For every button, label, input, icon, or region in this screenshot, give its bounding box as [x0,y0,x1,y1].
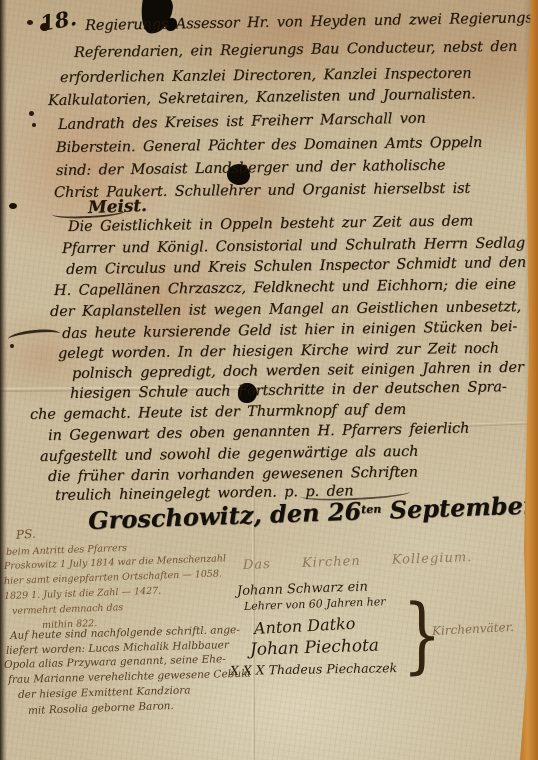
manuscript-line: erforderlichen Kanzlei Directoren, Kanzl… [60,66,472,86]
addendum-line: mit Rosolia geborne Baron. [28,700,174,717]
signature-name: Johan Piechota [250,636,380,660]
ink-dot [32,123,36,127]
manuscript-line: das heute kursierende Geld ist hier in e… [62,319,517,342]
page-left-edge-shadow [0,0,7,760]
pen-flourish [7,327,60,345]
manuscript-line: Landrath des Kreises ist Freiherr Marsch… [58,111,426,133]
dateline-ordinal: ten [361,502,382,516]
ink-dot [29,111,34,116]
ps-line: hier samt eingepfarrten Ortschaften — 10… [4,568,222,587]
manuscript-paper: 18. Regierungs Assessor Hr. von Heyden u… [0,0,538,760]
signature-block-heading: Das Kirchen Kollegium. [243,550,473,573]
ps-line: 1829 1. July ist die Zahl — 1427. [4,586,162,602]
manuscript-line: aufgestellt und sowohl die gegenwärtige … [40,444,419,465]
manuscript-line: Kalkulatorien, Sekretairen, Kanzelisten … [48,86,476,109]
manuscript-line: gelegt worden. In der hiesigen Kirche wi… [58,341,499,362]
manuscript-line: in Gegenwart des oben genannten H. Pfarr… [48,421,470,444]
signature-name: X X X Thadeus Piechaczek [230,660,397,678]
entry-number: 18. [38,5,78,36]
addendum-line: der hiesige Exmittent Kandziora [18,684,191,701]
manuscript-line: dem Circulus und Kreis Schulen Inspector… [66,255,526,278]
dateline-month: September [381,490,538,525]
dateline-place-and-day: Groschowitz, den 26 [88,496,362,535]
manuscript-line: der Kaplanstellen ist wegen Mangel an Ge… [50,299,521,320]
ps-line: beim Antritt des Pfarrers [6,543,127,558]
ink-dot-left-edge [9,203,17,209]
ps-heading: PS. [16,527,37,542]
manuscript-line: H. Capellänen Chrzaszcz, Feldknecht und … [54,277,516,299]
signature-name: Anton Datko [254,614,356,638]
manuscript-line: che gemacht. Heute ist der Thurmknopf au… [30,402,406,423]
addendum-line: frau Marianne verehelichte gewesene Cebu… [8,668,251,686]
signature-role-label: Kirchenväter. [432,620,515,638]
manuscript-photo: 18. Regierungs Assessor Hr. von Heyden u… [0,0,538,760]
manuscript-line: sind: der Mosaist Landsberger und der ka… [56,158,446,179]
ps-line: vermehrt demnach das [12,602,124,617]
manuscript-line: hiesigen Schule auch Fortschritte in der… [70,379,507,402]
manuscript-line: Referendarien, ein Regierungs Bau Conduc… [74,39,517,61]
manuscript-line: Pfarrer und Königl. Consistorial und Sch… [62,235,525,257]
manuscript-line: Biberstein. General Pächter des Domainen… [56,135,482,156]
manuscript-line: die früher darin vorhanden gewesenen Sch… [48,464,418,485]
ink-dot [27,20,33,25]
manuscript-line: polnisch gepredigt, doch werden seit ein… [72,360,524,382]
